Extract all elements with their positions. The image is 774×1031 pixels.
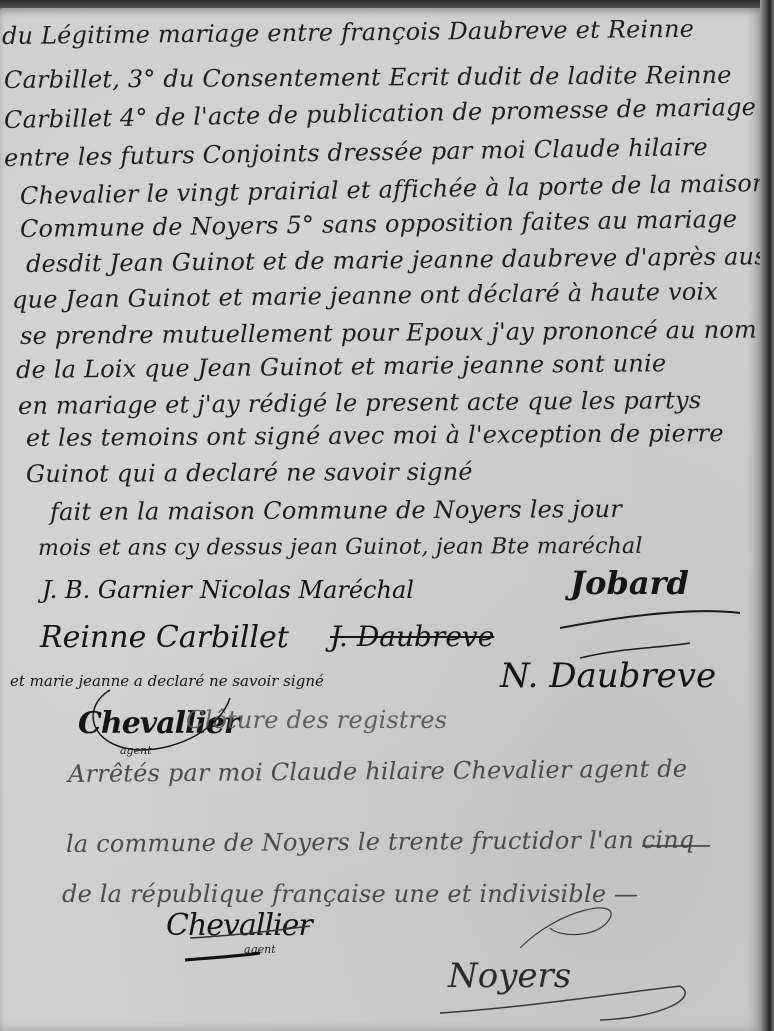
body-line-14: fait en la maison Commune de Noyers les … xyxy=(50,495,622,526)
closing-line-1: Arrêtés par moi Claude hilaire Chevalier… xyxy=(68,755,687,788)
body-line-2: Carbillet, 3° du Consentement Ecrit dudi… xyxy=(4,61,732,94)
body-line-15: mois et ans cy dessus jean Guinot, jean … xyxy=(38,534,643,561)
body-line-7: desdit Jean Guinot et de marie jeanne da… xyxy=(26,242,774,278)
body-line-9: se prendre mutuellement pour Epoux j'ay … xyxy=(20,316,757,350)
body-line-11: en mariage et j'ay rédigé le present act… xyxy=(18,386,702,420)
closing-line-3: de la république française une et indivi… xyxy=(62,880,638,908)
body-line-5: Chevalier le vingt prairial et affichée … xyxy=(20,169,768,210)
closing-heading: Clôture des registres xyxy=(186,706,447,734)
signature-daubreve: J. Daubreve xyxy=(330,620,494,653)
signature-noyers: Noyers xyxy=(448,956,571,996)
body-line-8: que Jean Guinot et marie jeanne ont décl… xyxy=(12,277,718,314)
agent-signature-2: Chevallier xyxy=(166,908,312,943)
page-right-edge xyxy=(760,0,774,1031)
signature-reinne-carbillet: Reinne Carbillet xyxy=(40,620,289,655)
signature-note: et marie jeanne a declaré ne savoir sign… xyxy=(10,672,324,690)
agent-title-2: agent xyxy=(244,943,276,956)
register-page: du Légitime mariage entre françois Daubr… xyxy=(0,8,762,1031)
closing-line-2: la commune de Noyers le trente fructidor… xyxy=(66,826,695,858)
body-line-13: Guinot qui a declaré ne savoir signé xyxy=(26,458,473,488)
body-line-12: et les temoins ont signé avec moi à l'ex… xyxy=(26,419,724,452)
body-line-3: Carbillet 4° de l'acte de publication de… xyxy=(4,93,757,134)
signature-garnier: J. B. Garnier xyxy=(42,576,192,604)
signature-jobard: Jobard xyxy=(570,564,689,602)
agent-title-1: agent xyxy=(120,744,152,757)
signature-n-daubreve: N. Daubreve xyxy=(500,656,716,696)
signature-marechal: Nicolas Maréchal xyxy=(200,576,414,604)
body-line-1: du Légitime mariage entre françois Daubr… xyxy=(2,15,694,50)
body-line-6: Commune de Noyers 5° sans opposition fai… xyxy=(20,205,738,243)
body-line-10: de la Loix que Jean Guinot et marie jean… xyxy=(16,349,667,384)
body-line-4: entre les futurs Conjoints dressée par m… xyxy=(4,133,708,172)
